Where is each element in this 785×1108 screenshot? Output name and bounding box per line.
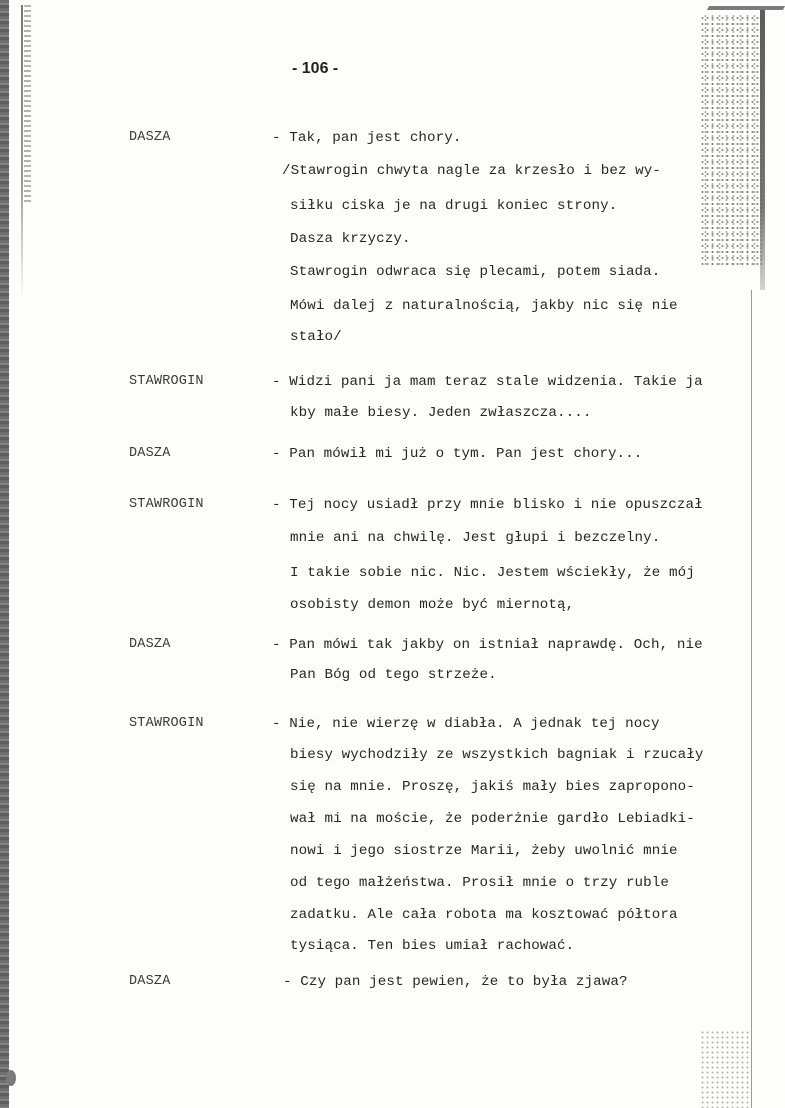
dialogue-line: biesy wychodziły ze wszystkich bagniak i… [290, 747, 703, 763]
scan-border-left [0, 0, 9, 1108]
paper-edge-left [21, 5, 23, 300]
dialogue-line: wał mi na moście, że poderżnie gardło Le… [290, 811, 695, 827]
stage-direction-line: /Stawrogin chwyta nagle za krzesło i bez… [282, 163, 661, 179]
dialogue-line: - Nie, nie wierzę w diabła. A jednak tej… [272, 716, 660, 732]
speaker-name: DASZA [129, 974, 171, 989]
dialogue-line: osobisty demon może być miernotą, [290, 597, 574, 613]
stage-direction-line: stało/ [290, 329, 342, 345]
scan-noise-left [24, 5, 31, 205]
stage-direction-line: siłku ciska je na drugi koniec strony. [290, 198, 617, 214]
speaker-name: DASZA [129, 637, 171, 652]
dialogue-line: się na mnie. Proszę, jakiś mały bies zap… [290, 779, 695, 795]
stage-direction-line: Stawrogin odwraca się plecami, potem sia… [290, 264, 660, 280]
speaker-name: STAWROGIN [129, 374, 204, 389]
stage-direction-line: Mówi dalej z naturalnością, jakby nic si… [290, 298, 678, 314]
scan-noise-bottom-right [700, 1030, 750, 1108]
ink-blot [6, 1070, 16, 1086]
dialogue-line: - Widzi pani ja mam teraz stale widzenia… [272, 374, 703, 390]
dialogue-line: zadatku. Ale cała robota ma kosztować pó… [290, 907, 678, 923]
dialogue-line: - Pan mówił mi już o tym. Pan jest chory… [272, 446, 642, 462]
dialogue-line: mnie ani na chwilę. Jest głupi i bezczel… [290, 530, 660, 546]
speaker-name: STAWROGIN [129, 716, 204, 731]
stage-direction-line: Dasza krzyczy. [290, 231, 411, 247]
scan-shadow-top-right [707, 6, 785, 10]
dialogue-line: tysiąca. Ten bies umiał rachować. [290, 938, 574, 954]
speaker-name: DASZA [129, 130, 171, 145]
dialogue-line: - Tej nocy usiadł przy mnie blisko i nie… [272, 497, 703, 513]
page-number: - 106 - [292, 60, 338, 78]
dialogue-line: - Tak, pan jest chory. [272, 130, 462, 146]
scan-noise-top-right [700, 15, 762, 265]
dialogue-line: od tego małżeństwa. Prosił mnie o trzy r… [290, 875, 669, 891]
dialogue-line: kby małe biesy. Jeden zwłaszcza.... [290, 405, 592, 421]
dialogue-line: - Pan mówi tak jakby on istniał naprawdę… [272, 637, 703, 653]
dialogue-line: nowi i jego siostrze Marii, żeby uwolnić… [290, 843, 678, 859]
speaker-name: STAWROGIN [129, 497, 204, 512]
paper-edge-right-line [751, 290, 752, 1108]
dialogue-line: Pan Bóg od tego strzeże. [290, 667, 497, 683]
scanned-page: - 106 - DASZA - Tak, pan jest chory. /St… [0, 0, 785, 1108]
speaker-name: DASZA [129, 446, 171, 461]
dialogue-line: I takie sobie nic. Nic. Jestem wściekły,… [290, 565, 695, 581]
dialogue-line: - Czy pan jest pewien, że to była zjawa? [283, 974, 628, 990]
